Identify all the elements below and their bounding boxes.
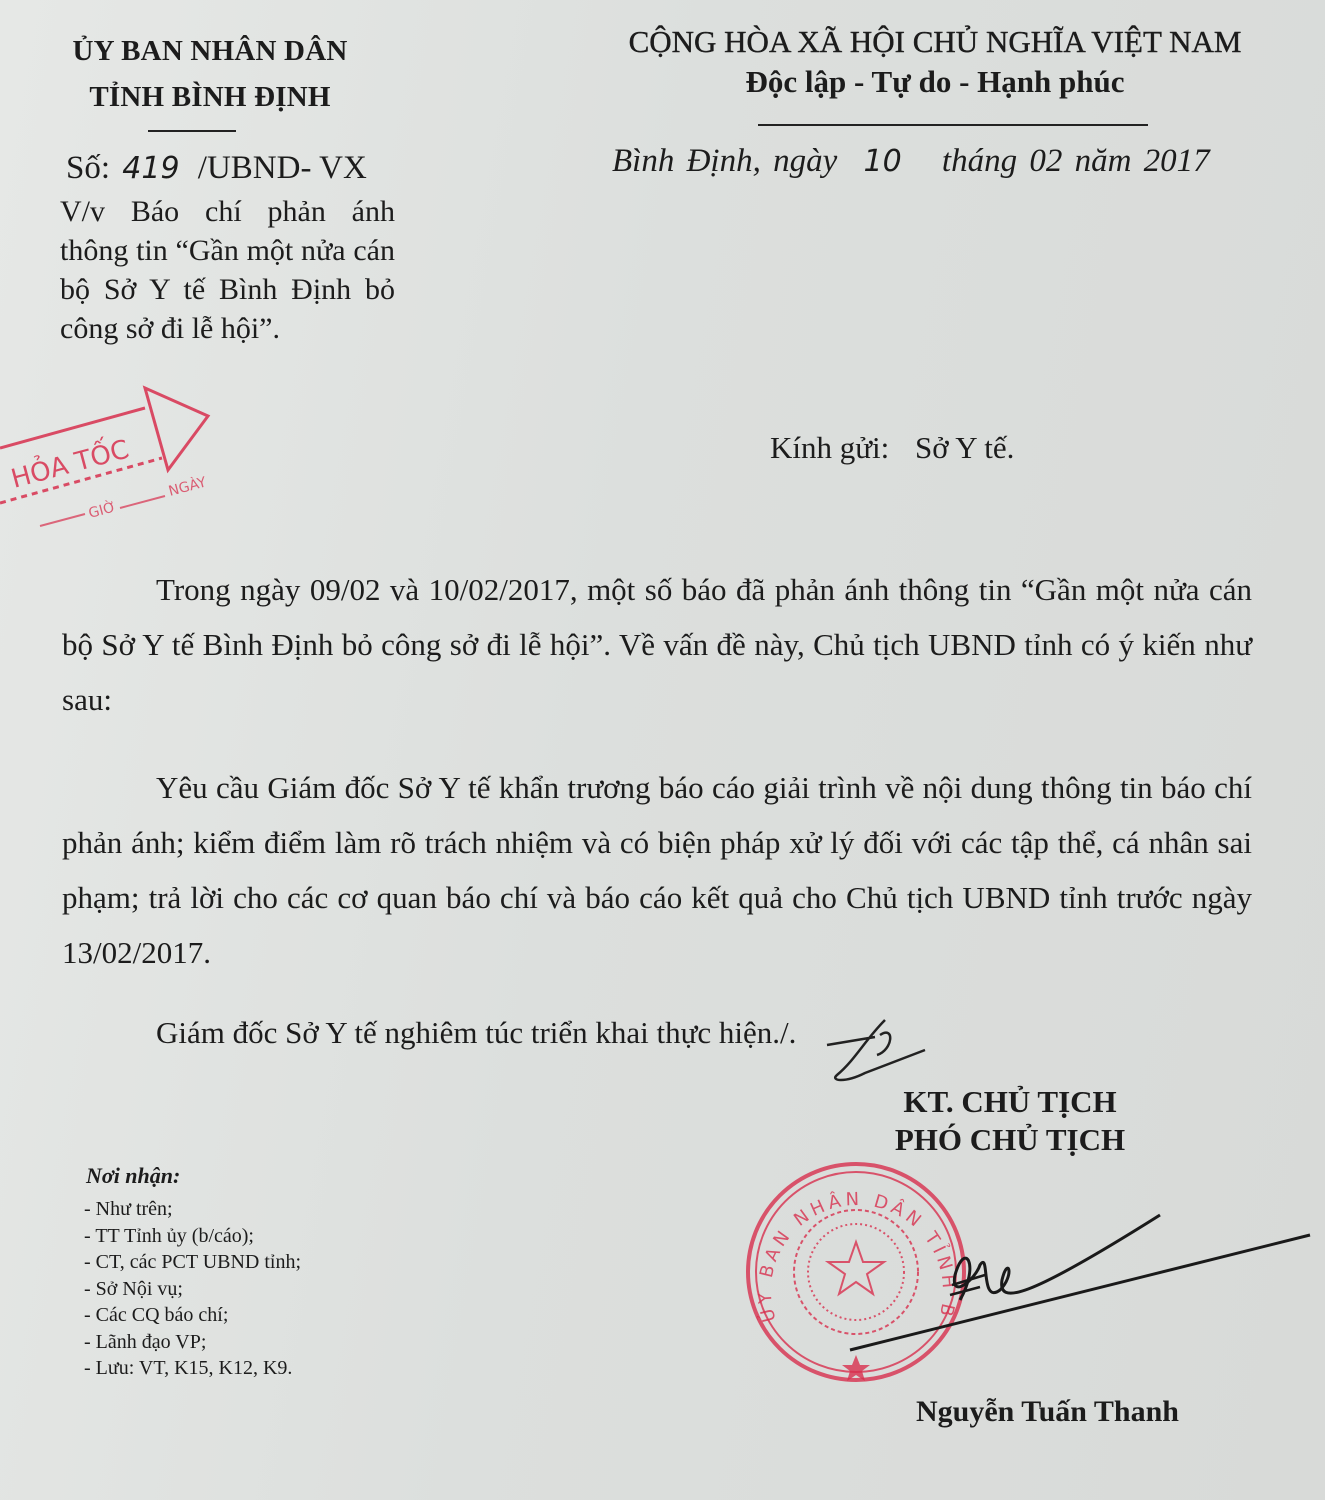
signature-title: KT. CHỦ TỊCH PHÓ CHỦ TỊCH — [880, 1083, 1140, 1159]
document-number-handwritten: 419 — [122, 151, 179, 186]
recipient-value: Sở Y tế. — [915, 430, 1014, 465]
recipients-list: Như trên; TT Tỉnh ủy (b/cáo); CT, các PC… — [84, 1196, 301, 1382]
body-paragraph-3: Giám đốc Sở Y tế nghiêm túc triển khai t… — [62, 1005, 1252, 1060]
recipient-item: CT, các PCT UBND tỉnh; — [84, 1249, 301, 1276]
document-number-suffix: /UBND- VX — [198, 150, 367, 186]
date-month-year: tháng 02 năm 2017 — [942, 143, 1210, 179]
national-title: CỘNG HÒA XÃ HỘI CHỦ NGHĨA VIỆT NAM — [610, 22, 1260, 62]
recipient-item: Như trên; — [84, 1196, 301, 1223]
svg-text:NGÀY: NGÀY — [167, 473, 209, 499]
date-place: Bình Định, ngày — [612, 143, 837, 179]
organization-line-1: ỦY BAN NHÂN DÂN — [60, 28, 360, 74]
date-day-handwritten: 10 — [863, 144, 901, 179]
body-paragraph-1: Trong ngày 09/02 và 10/02/2017, một số b… — [62, 562, 1252, 727]
motto-divider — [758, 124, 1148, 126]
signature-title-line-1: KT. CHỦ TỊCH — [880, 1083, 1140, 1121]
recipient-item: Lưu: VT, K15, K12, K9. — [84, 1355, 301, 1382]
signer-name: Nguyễn Tuấn Thanh — [916, 1395, 1179, 1429]
handwritten-signature-icon — [840, 1205, 1320, 1365]
recipient-item: Các CQ báo chí; — [84, 1302, 301, 1329]
recipient-item: Sở Nội vụ; — [84, 1276, 301, 1303]
document-subject: V/v Báo chí phản ánh thông tin “Gần một … — [60, 192, 395, 348]
national-header: CỘNG HÒA XÃ HỘI CHỦ NGHĨA VIỆT NAM Độc l… — [610, 22, 1260, 102]
national-motto: Độc lập - Tự do - Hạnh phúc — [746, 64, 1125, 99]
recipients-title: Nơi nhận: — [86, 1163, 180, 1189]
recipient-item: TT Tỉnh ủy (b/cáo); — [84, 1223, 301, 1250]
organization-line-2: TỈNH BÌNH ĐỊNH — [60, 74, 360, 120]
issuing-organization: ỦY BAN NHÂN DÂN TỈNH BÌNH ĐỊNH — [60, 28, 360, 120]
organization-divider — [148, 130, 236, 132]
urgent-stamp-icon: HỎA TỐC GIỜ NGÀY — [0, 378, 250, 548]
recipient-item: Lãnh đạo VP; — [84, 1329, 301, 1356]
document-number-label: Số: — [66, 150, 110, 186]
recipient-label: Kính gửi: — [770, 430, 889, 465]
recipient-line: Kính gửi: Sở Y tế. — [770, 430, 1014, 466]
issue-date: Bình Định, ngày 10 tháng 02 năm 2017 — [612, 143, 1210, 180]
initial-signature-icon — [825, 1015, 935, 1090]
svg-text:GIỜ: GIỜ — [86, 497, 117, 522]
body-paragraph-2: Yêu cầu Giám đốc Sở Y tế khẩn trương báo… — [62, 760, 1252, 980]
document-number: Số: 419 /UBND- VX — [66, 150, 367, 187]
